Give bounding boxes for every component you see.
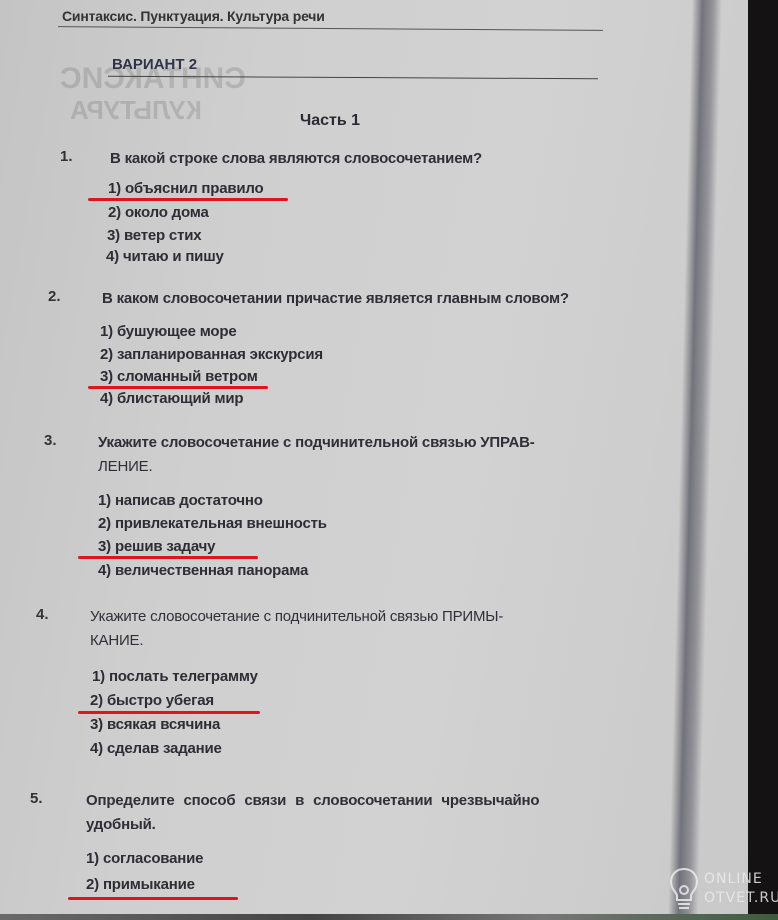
answer-option: 1)согласование xyxy=(86,850,203,867)
answer-underline xyxy=(78,556,258,559)
answer-option: 2)привлекательная внешность xyxy=(98,515,327,532)
watermark: ONLINE OTVET.RU xyxy=(668,866,778,914)
answer-option: 2)быстро убегая xyxy=(90,692,214,709)
answer-option: 3)сломанный ветром xyxy=(100,368,258,385)
question-text-line: удобный. xyxy=(86,814,156,836)
answer-option: 4)сделав задание xyxy=(90,740,222,757)
watermark-text: ONLINE OTVET.RU xyxy=(704,870,778,908)
question-text-line: Определите способ связи в словосочетании… xyxy=(86,790,539,812)
question-text-line: КАНИЕ. xyxy=(90,630,143,652)
answer-option: 2)примыкание xyxy=(86,876,195,893)
question-text: В каком словосочетании причастие являетс… xyxy=(102,288,569,310)
answer-option: 3)решив задачу xyxy=(98,538,215,555)
answer-option: 1)послать телеграмму xyxy=(92,668,258,685)
question-number: 2. xyxy=(48,288,61,305)
running-head: Синтаксис. Пунктуация. Культура речи xyxy=(62,8,325,24)
answer-option: 4)блистающий мир xyxy=(100,390,243,407)
question-number: 3. xyxy=(44,432,57,449)
bottom-edge xyxy=(0,914,778,920)
dark-edge xyxy=(748,0,778,920)
answer-underline xyxy=(88,386,268,389)
variant-title: ВАРИАНТ 2 xyxy=(112,56,197,73)
page-fold-shadow xyxy=(668,0,722,920)
header-rule xyxy=(58,26,603,31)
question-number: 1. xyxy=(60,148,73,165)
test-page: СИНТАКСИС КУЛЬТУРА Синтаксис. Пунктуация… xyxy=(0,0,748,920)
question-text-line: Укажите словосочетание с подчинительной … xyxy=(90,606,503,628)
question-text-line: Укажите словосочетание с подчинительной … xyxy=(98,432,535,454)
answer-underline xyxy=(78,711,260,714)
answer-option: 2)запланированная экскурсия xyxy=(100,346,323,363)
answer-option: 3)ветер стих xyxy=(107,227,201,244)
answer-option: 4)читаю и пишу xyxy=(106,248,224,265)
answer-option: 1)объяснил правило xyxy=(108,180,263,197)
answer-option: 2)около дома xyxy=(108,204,209,221)
answer-underline xyxy=(88,198,288,201)
part-title: Часть 1 xyxy=(300,112,360,130)
question-text: В какой строке слова являются словосочет… xyxy=(110,148,482,170)
bleed-through-text: КУЛЬТУРА xyxy=(70,95,202,126)
answer-option: 1)бушующее море xyxy=(100,323,236,340)
answer-option: 4)величественная панорама xyxy=(98,562,308,579)
answer-option: 3)всякая всячина xyxy=(90,716,220,733)
lightbulb-icon xyxy=(668,866,700,914)
answer-underline xyxy=(68,897,238,900)
question-text-line: ЛЕНИЕ. xyxy=(98,456,152,478)
question-number: 4. xyxy=(36,606,49,623)
answer-option: 1)написав достаточно xyxy=(98,492,263,509)
question-number: 5. xyxy=(30,790,43,807)
